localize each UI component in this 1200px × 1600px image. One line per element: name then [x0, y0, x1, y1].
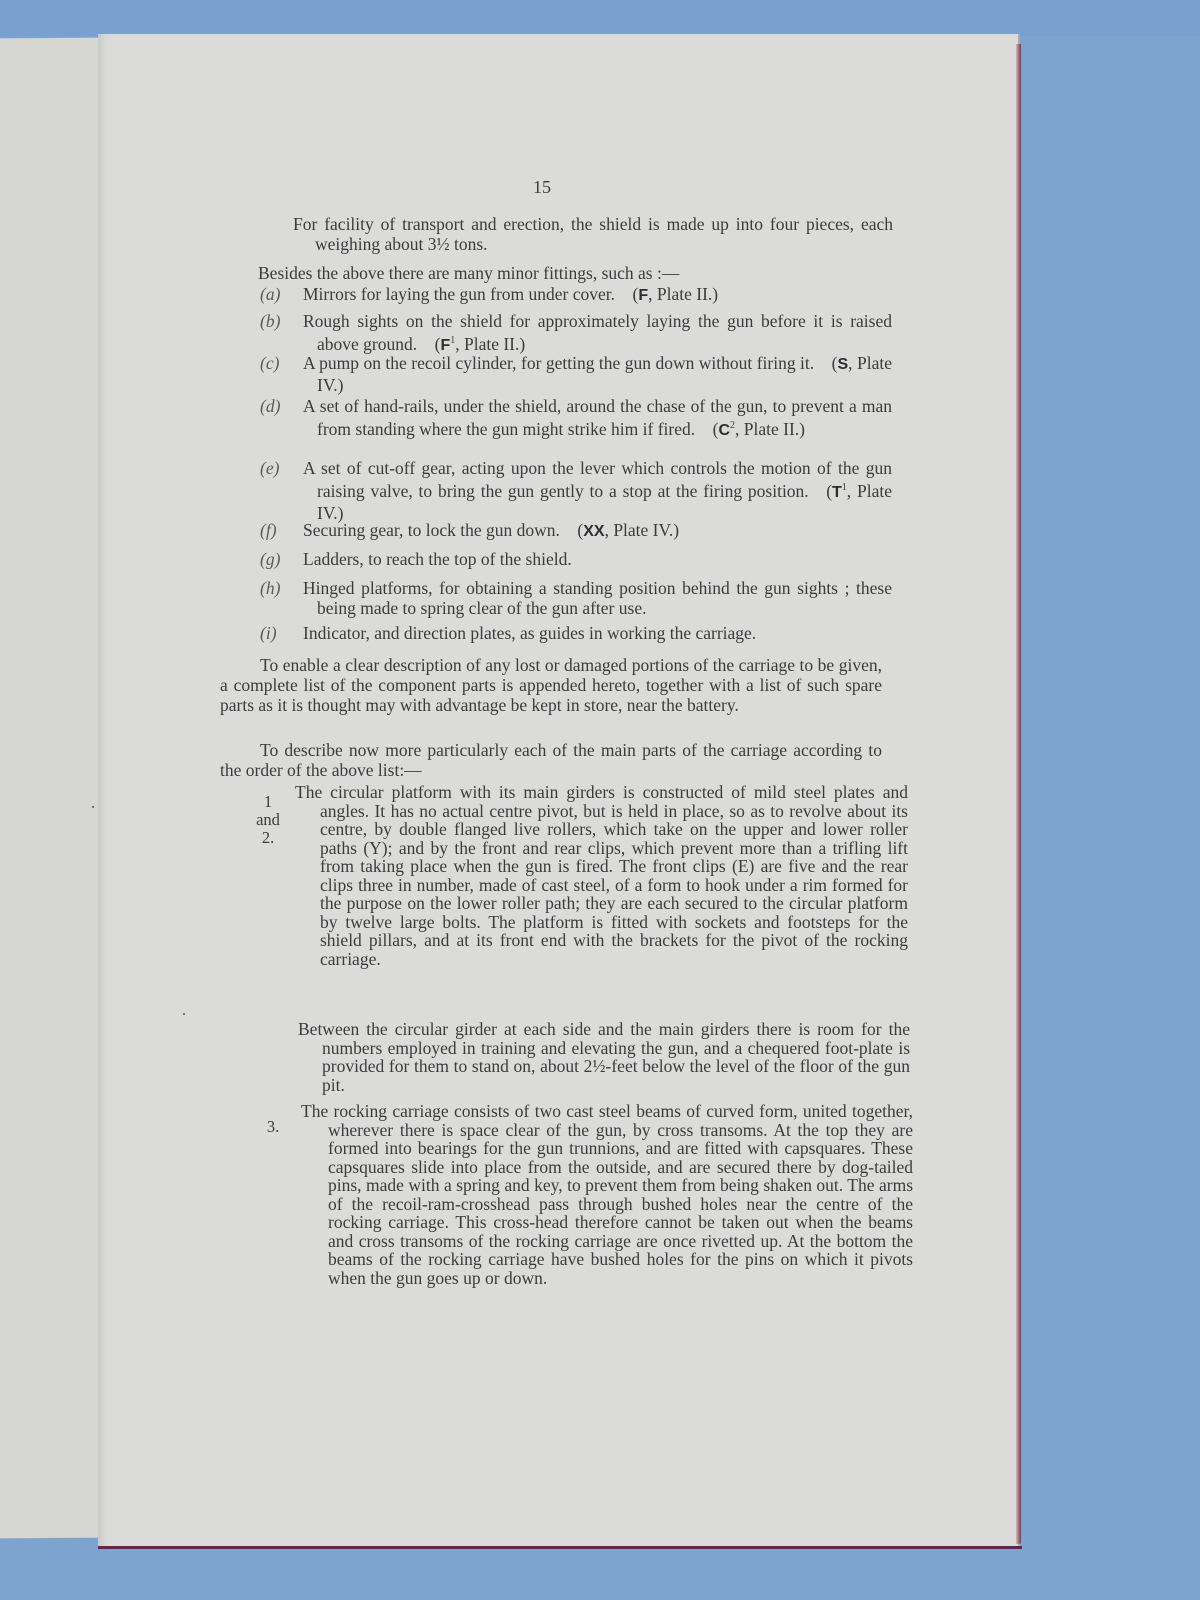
fitting-text: Indicator, and direction plates, as guid… [303, 623, 892, 643]
fitting-text: Mirrors for laying the gun from under co… [303, 284, 892, 306]
plate-reference: T [832, 484, 842, 501]
left-page [0, 38, 101, 1539]
fitting-text: A pump on the recoil cylinder, for getti… [303, 353, 892, 395]
paper-speck [92, 806, 94, 808]
reference-superscript: 1 [450, 335, 455, 346]
section-number-line: 1 [250, 793, 286, 811]
section-number-line: and [250, 811, 286, 829]
fitting-label: (a) [260, 284, 280, 304]
section-number-line: 2. [250, 829, 286, 847]
fitting-text: A set of hand-rails, under the shield, a… [303, 396, 892, 441]
fitting-label: (g) [260, 549, 280, 569]
plate-reference: S [838, 356, 849, 373]
fitting-text: A set of cut-off gear, acting upon the l… [303, 458, 892, 523]
fitting-text: Securing gear, to lock the gun down. (XX… [303, 520, 892, 542]
section-3-text: The rocking carriage consists of two cas… [301, 1102, 913, 1287]
section-1-2-continuation: Between the circular girder at each side… [298, 1020, 910, 1094]
plate-reference: F [638, 287, 648, 304]
fitting-text: Rough sights on the shield for approxima… [303, 311, 892, 356]
background [0, 0, 1200, 36]
page-edge [1016, 44, 1021, 1544]
section-number-line: 3. [255, 1118, 291, 1136]
fitting-label: (b) [260, 311, 280, 331]
plate-reference: F [440, 337, 450, 354]
fitting-label: (h) [260, 578, 280, 598]
page-number: 15 [533, 177, 551, 197]
fitting-label: (c) [260, 353, 279, 373]
reference-superscript: 2 [730, 420, 735, 431]
fitting-text: Hinged platforms, for obtaining a standi… [303, 578, 892, 618]
fitting-label: (f) [260, 520, 277, 540]
section-1-2-text: The circular platform with its main gird… [295, 783, 908, 968]
intro-paragraph: For facility of transport and erection, … [293, 214, 893, 254]
reference-superscript: 1 [842, 482, 847, 493]
section-number-3: 3. [255, 1118, 291, 1136]
plate-reference: XX [583, 523, 604, 540]
fitting-label: (e) [260, 458, 279, 478]
fitting-label: (d) [260, 396, 280, 416]
fitting-label: (i) [260, 623, 277, 643]
plate-reference: C [718, 422, 730, 439]
page-bottom-edge [98, 1546, 1022, 1549]
spare-parts-paragraph: To enable a clear description of any los… [220, 655, 882, 715]
fitting-text: Ladders, to reach the top of the shield. [303, 549, 892, 569]
fittings-intro: Besides the above there are many minor f… [258, 263, 878, 283]
paper-speck [183, 1013, 185, 1015]
section-number-1-2: 1 and 2. [250, 793, 286, 847]
describe-paragraph: To describe now more particularly each o… [220, 740, 882, 780]
